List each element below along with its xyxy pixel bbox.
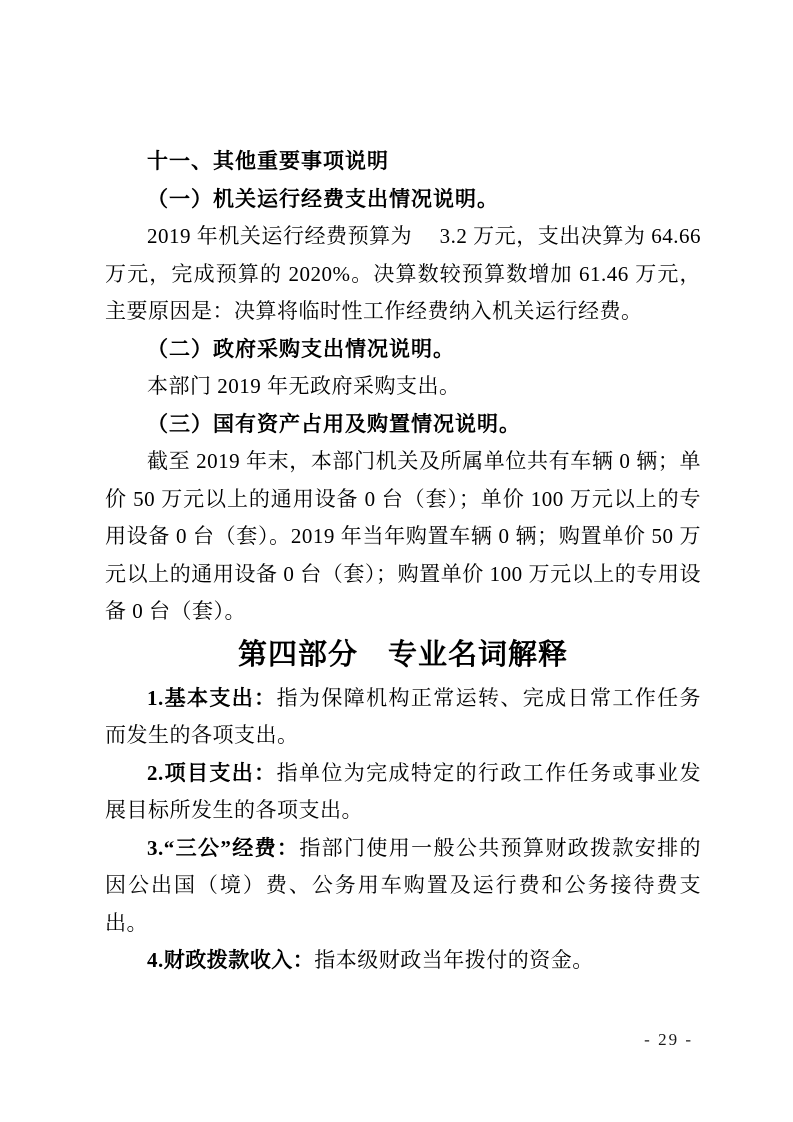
term-text: 指本级财政当年拨付的资金。 xyxy=(314,948,594,972)
subsection-heading-state-assets: （三）国有资产占用及购置情况说明。 xyxy=(105,406,701,444)
part-heading-terminology: 第四部分 专业名词解释 xyxy=(105,631,701,680)
section-heading-other-important-items: 十一、其他重要事项说明 xyxy=(105,143,701,181)
term-definition-three-public-funds: 3.“三公”经费：指部门使用一般公共预算财政拨款安排的因公出国（境）费、公务用车… xyxy=(105,830,701,943)
paragraph-government-procurement: 本部门 2019 年无政府采购支出。 xyxy=(105,368,701,406)
document-content: 十一、其他重要事项说明 （一）机关运行经费支出情况说明。 2019 年机关运行经… xyxy=(105,143,701,980)
document-page: 十一、其他重要事项说明 （一）机关运行经费支出情况说明。 2019 年机关运行经… xyxy=(0,0,793,1122)
term-lead: 4.财政拨款收入： xyxy=(147,948,314,972)
subsection-heading-operating-expense: （一）机关运行经费支出情况说明。 xyxy=(105,181,701,219)
term-lead: 1.基本支出： xyxy=(147,686,277,710)
subsection-heading-government-procurement: （二）政府采购支出情况说明。 xyxy=(105,331,701,369)
term-definition-fiscal-appropriation-income: 4.财政拨款收入：指本级财政当年拨付的资金。 xyxy=(105,942,701,980)
paragraph-operating-expense: 2019 年机关运行经费预算为 3.2 万元，支出决算为 64.66 万元，完成… xyxy=(105,218,701,331)
paragraph-state-assets: 截至 2019 年末，本部门机关及所属单位共有车辆 0 辆；单价 50 万元以上… xyxy=(105,443,701,631)
term-definition-project-expenditure: 2.项目支出：指单位为完成特定的行政工作任务或事业发展目标所发生的各项支出。 xyxy=(105,755,701,830)
term-definition-basic-expenditure: 1.基本支出：指为保障机构正常运转、完成日常工作任务而发生的各项支出。 xyxy=(105,680,701,755)
term-lead: 3.“三公”经费： xyxy=(147,836,299,860)
term-lead: 2.项目支出： xyxy=(147,761,277,785)
page-number: - 29 - xyxy=(644,1030,693,1050)
